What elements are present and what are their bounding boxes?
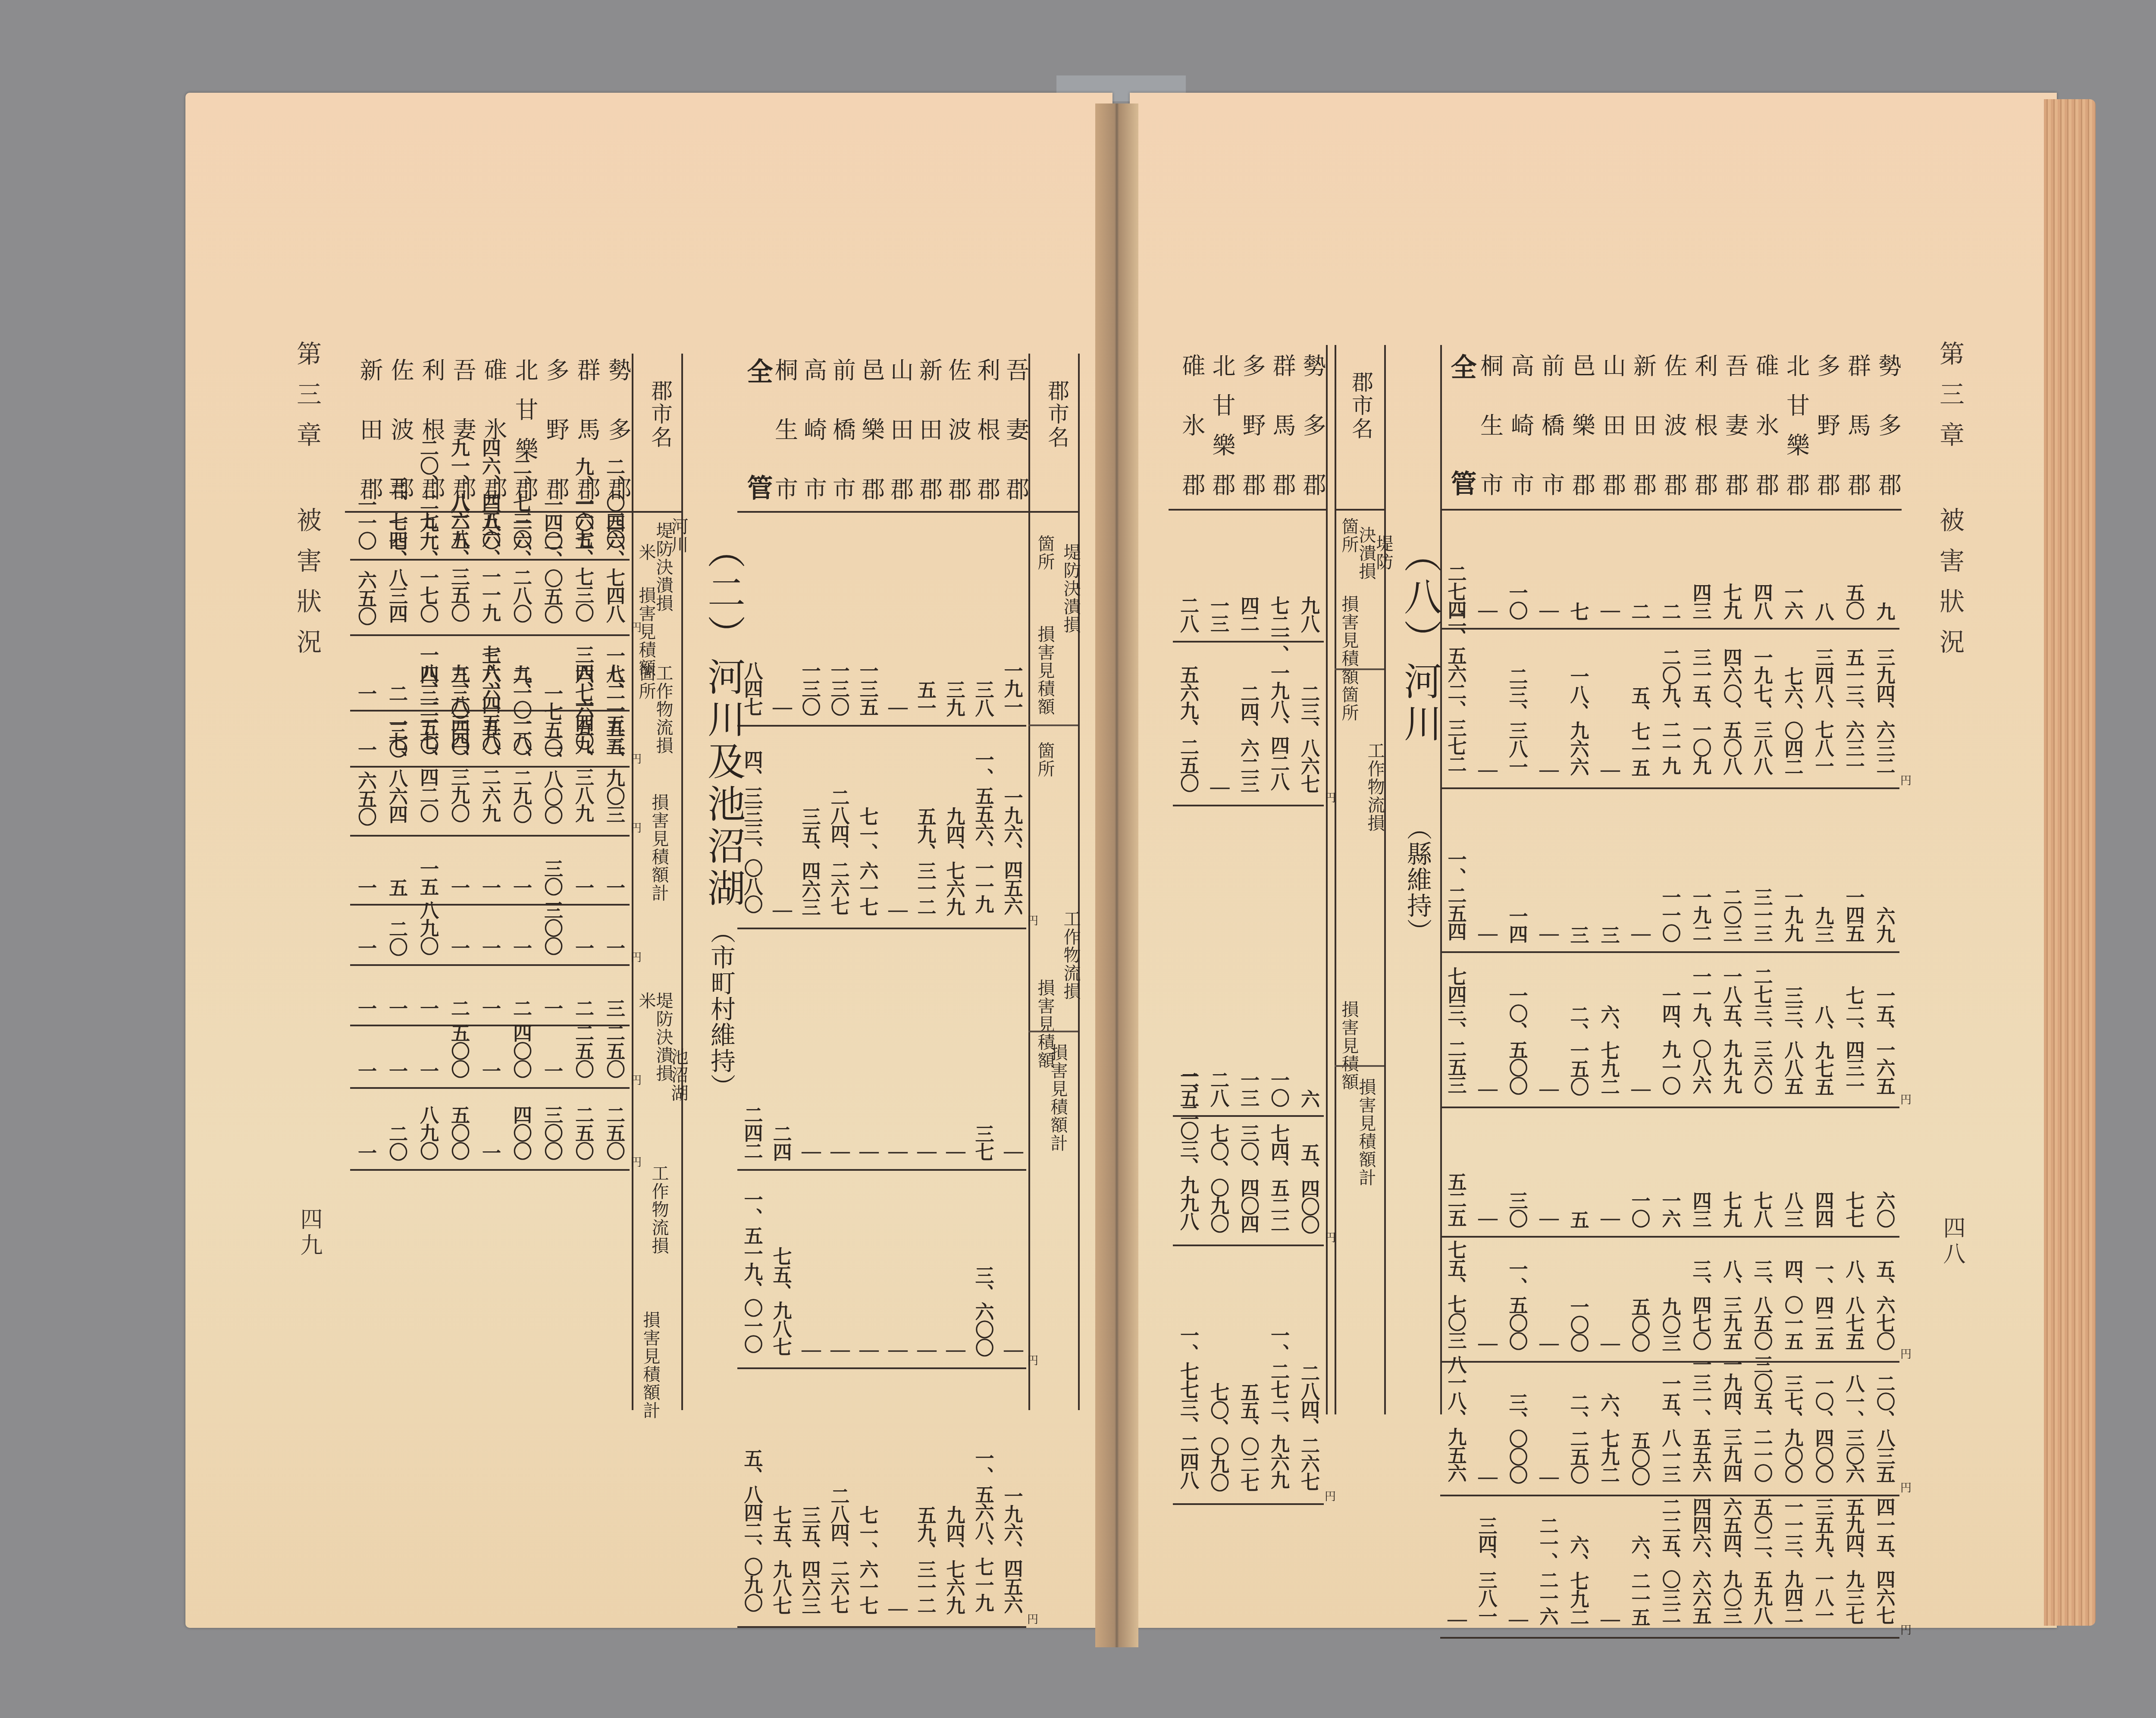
- table-cell: 一: [480, 1061, 499, 1079]
- yen-unit: 円: [1900, 772, 1912, 788]
- table-cell: 一七、八六四: [387, 714, 406, 823]
- table-cell: 一〇五、七三〇: [573, 495, 592, 621]
- table-cell: 一三一、五五六: [1691, 1355, 1710, 1482]
- table-cell: 二、八〇〇: [542, 733, 561, 824]
- table-cell: 二一、二一六: [1538, 1516, 1557, 1625]
- table-cell: 一一〇: [1660, 887, 1679, 942]
- table-cell: ｜: [1630, 925, 1648, 944]
- table-cell: 一: [356, 878, 375, 896]
- table-cell: ｜: [915, 1342, 934, 1360]
- table-cell: 二、〇五〇: [542, 533, 561, 623]
- table-cell: 五〇〇: [1630, 1431, 1648, 1485]
- table-cell: 一: [356, 684, 375, 702]
- district-name: 多野郡: [1236, 354, 1269, 496]
- row-rule: [1440, 951, 1899, 953]
- table-cell: 一五、一六五: [1874, 986, 1893, 1094]
- table-cell: 一: [511, 878, 530, 896]
- table-cell: 四〇〇: [511, 1105, 530, 1160]
- table-cell: 一九四、三九四: [1721, 1355, 1740, 1482]
- district-name: 北甘樂郡: [1780, 354, 1813, 496]
- table-cell: ｜: [944, 1143, 963, 1161]
- table-cell: 一: [542, 1061, 561, 1079]
- table-cell: 五九、三一二: [915, 1505, 934, 1614]
- table-cell: ｜: [944, 1342, 963, 1360]
- table-cell: ｜: [1599, 602, 1618, 620]
- district-name: 全管: [740, 358, 777, 500]
- table-cell: 一一〇: [356, 495, 375, 549]
- table-cell: 三五、四六三: [800, 1505, 819, 1614]
- table-cell: 五〇〇: [1630, 1297, 1648, 1351]
- table-cell: 一、五一九、〇一〇: [742, 1190, 761, 1353]
- table-cell: 一: [356, 1143, 375, 1161]
- district-name: 佐波郡: [1658, 354, 1691, 496]
- table-cell: ｜: [1538, 925, 1557, 944]
- row-rule: [1440, 1361, 1899, 1363]
- table-rule: [1440, 345, 1442, 1414]
- table-cell: 三、八五〇: [1752, 1259, 1771, 1350]
- table-cell: ｜: [1476, 762, 1495, 780]
- table-cell: ｜: [771, 699, 790, 717]
- table-cell: 二、一五〇: [1568, 1005, 1587, 1095]
- table-cell: ｜: [1599, 762, 1618, 780]
- table-cell: 三九四、六三二: [1874, 648, 1893, 774]
- table-cell: 一五: [418, 859, 437, 895]
- table-cell: 五: [387, 878, 406, 896]
- table-cell: 一: [480, 999, 499, 1017]
- table-cell: 四一五、四六七: [1874, 1497, 1893, 1624]
- table-cell: 八二五、三五〇: [449, 495, 468, 621]
- district-name: 新田郡: [1627, 354, 1660, 496]
- header-total: 損害見積額計: [1354, 1078, 1379, 1187]
- table-cell: 三: [1568, 925, 1587, 944]
- table-cell: 三〇〇: [542, 900, 561, 955]
- table-cell: 一九九: [1783, 887, 1802, 942]
- table-cell: ｜: [829, 1143, 848, 1161]
- table-cell: 一: [480, 1143, 499, 1161]
- table-cell: 五、六七〇: [1874, 1259, 1893, 1350]
- table-cell: 一〇〇: [1568, 1297, 1587, 1351]
- table-cell: ｜: [1476, 1469, 1495, 1487]
- district-name: 多野郡: [539, 358, 573, 500]
- table-cell: 三一五、一〇九: [1691, 648, 1710, 774]
- running-head-left: 第三章 被害狀況: [289, 341, 325, 669]
- yen-unit: 円: [630, 819, 642, 835]
- table-cell: 七七: [1844, 1191, 1863, 1227]
- table-cell: 八、八七五: [1844, 1259, 1863, 1350]
- table-cell: ｜: [1538, 762, 1557, 780]
- table-cell: 六、二一五: [1630, 1535, 1648, 1626]
- table-cell: 三五、四六三: [800, 807, 819, 915]
- table-cell: ｜: [887, 1143, 906, 1161]
- table-cell: 二三、三八一: [1507, 667, 1526, 775]
- yen-unit: 円: [1325, 1488, 1336, 1504]
- table-rule: [1384, 345, 1386, 1414]
- table-cell: 八一、三〇六: [1844, 1374, 1863, 1483]
- table-cell: 三八: [973, 680, 992, 716]
- table-cell: 一、五六八、七一九: [973, 1448, 992, 1611]
- table-cell: 一: [356, 740, 375, 758]
- table-cell: 一八、九六六: [1568, 667, 1587, 775]
- district-name: 勢多郡: [1296, 354, 1329, 496]
- table-cell: 二八四、二六七: [829, 1486, 848, 1613]
- table-cell: 一四五: [1844, 887, 1863, 942]
- district-name: 前橋市: [1535, 354, 1568, 496]
- table-cell: ｜: [887, 902, 906, 920]
- table-rule: [681, 354, 683, 1410]
- table-cell: 一、五〇〇: [1507, 1259, 1526, 1350]
- table-cell: 五三、九〇三: [604, 714, 623, 823]
- row-rule: [1173, 641, 1324, 643]
- table-cell: 四八: [1752, 583, 1771, 619]
- table-cell: 二、二五〇: [1568, 1393, 1587, 1483]
- table-cell: 二七三、三六〇: [1752, 967, 1771, 1094]
- table-cell: ｜: [1507, 1611, 1526, 1629]
- table-cell: 六: [1299, 1089, 1318, 1107]
- table-rule: [1335, 345, 1336, 1414]
- table-cell: 五一三、六三一: [1844, 648, 1863, 774]
- district-name: 多野郡: [1811, 354, 1844, 496]
- row-rule: [737, 1169, 1026, 1171]
- table-cell: 三、〇〇〇: [1507, 1393, 1526, 1483]
- table-cell: 三〇: [542, 859, 561, 895]
- table-cell: ｜: [1476, 602, 1495, 620]
- table-cell: 一三〇: [800, 661, 819, 715]
- table-cell: 一、一九八、四二八: [1269, 627, 1288, 790]
- table-cell: 九四、七六九: [944, 807, 963, 915]
- district-name: 邑樂郡: [1566, 354, 1599, 496]
- table-cell: ｜: [771, 902, 790, 920]
- table-cell: 七五、九八七: [771, 1247, 790, 1355]
- table-cell: 五九、三一二: [915, 807, 934, 915]
- yen-unit: 円: [630, 1154, 642, 1169]
- table-cell: 一〇、五〇〇: [1507, 986, 1526, 1094]
- table-cell: 三: [604, 999, 623, 1017]
- table-cell: ｜: [800, 1342, 819, 1360]
- table-cell: 一九七、三八八: [1752, 648, 1771, 774]
- row-rule: [1440, 1495, 1899, 1496]
- table-cell: 二五〇: [573, 1023, 592, 1078]
- table-cell: ｜: [1446, 1611, 1465, 1629]
- district-name: 吾妻郡: [1000, 358, 1033, 500]
- table-cell: 五、八四二、〇九〇: [742, 1448, 761, 1611]
- page-number-left: 四九: [293, 1207, 326, 1259]
- yen-unit: 円: [1027, 912, 1038, 928]
- table-cell: 七一、六一七: [858, 807, 877, 915]
- table-cell: 二〇九、二一九: [1660, 648, 1679, 774]
- table-cell: 五〇〇: [449, 1023, 468, 1078]
- header-total-pond: 損害見積額計: [638, 1311, 663, 1420]
- table-cell: 五五、〇二七: [1238, 1383, 1257, 1491]
- district-name: 群馬郡: [1266, 354, 1299, 496]
- table-rule: [737, 511, 1028, 513]
- header-count-river: 箇所: [634, 664, 658, 700]
- table-cell: ｜: [1476, 925, 1495, 944]
- yen-unit: 円: [1027, 1352, 1038, 1368]
- table-cell: 八、九七五: [1813, 1005, 1832, 1095]
- table-cell: 三四、三八一: [1476, 1516, 1495, 1625]
- table-cell: 一: [449, 938, 468, 956]
- table-cell: 一: [387, 1061, 406, 1079]
- table-cell: 一四、九一〇: [1660, 986, 1679, 1094]
- table-cell: 四三: [1691, 1191, 1710, 1227]
- table-cell: 二五〇: [573, 1105, 592, 1160]
- table-cell: 七六、〇四二: [1783, 667, 1802, 775]
- table-cell: 二八四、二六七: [1299, 1364, 1318, 1490]
- table-cell: 三九: [944, 680, 963, 716]
- table-cell: 五二五: [1446, 1172, 1465, 1226]
- district-name: 北甘樂郡: [1206, 354, 1239, 496]
- header-count-left-2: 箇所: [1033, 742, 1057, 778]
- table-cell: 二: [573, 999, 592, 1017]
- row-rule: [350, 1169, 630, 1171]
- table-cell: 三四八、七八一: [1813, 648, 1832, 774]
- table-cell: ｜: [1476, 1335, 1495, 1353]
- header-count-left: 箇所: [1033, 535, 1057, 571]
- table-cell: ｜: [1538, 1081, 1557, 1099]
- table-cell: 一四: [1507, 906, 1526, 943]
- table-cell: 八三四、三九〇: [449, 695, 468, 822]
- table-cell: ｜: [915, 1143, 934, 1161]
- table-cell: ｜: [858, 1143, 877, 1161]
- district-name: 利根郡: [1688, 354, 1721, 496]
- table-cell: 二: [449, 999, 468, 1017]
- table-cell: 九三: [1813, 906, 1832, 943]
- table-cell: 一九六、四五六: [1002, 1486, 1021, 1613]
- table-cell: 三七: [973, 1124, 992, 1160]
- table-cell: 一六: [1660, 1191, 1679, 1227]
- table-cell: 四四: [1813, 1191, 1832, 1227]
- yen-unit: 円: [1900, 1479, 1912, 1495]
- table-cell: 一: [449, 878, 468, 896]
- table-cell: 一: [418, 999, 437, 1017]
- table-cell: 三: [1599, 925, 1618, 944]
- table-rule: [1028, 1031, 1078, 1032]
- table-cell: ｜: [858, 1342, 877, 1360]
- table-cell: 三、六〇〇: [973, 1266, 992, 1356]
- table-cell: 八三: [1783, 1191, 1802, 1227]
- section-title-right: （八）河川: [1393, 535, 1447, 746]
- district-name: 利根郡: [971, 358, 1004, 500]
- table-rule: [1028, 724, 1078, 726]
- yen-unit: 円: [1325, 1229, 1336, 1245]
- district-name: 吾妻郡: [1719, 354, 1752, 496]
- table-cell: 二八: [1178, 596, 1197, 632]
- table-cell: 五、四〇〇: [1299, 1143, 1318, 1233]
- table-cell: 六五〇: [356, 571, 375, 625]
- table-cell: 七九: [1721, 583, 1740, 619]
- section-title-left: （二）河川及池沼湖: [696, 530, 751, 911]
- table-cell: 一: [542, 999, 561, 1017]
- table-cell: 一、二七二、九六九: [1269, 1326, 1288, 1489]
- table-cell: 二: [1630, 602, 1648, 620]
- yen-unit: 円: [630, 619, 642, 635]
- table-cell: 一、四二五: [1813, 1259, 1832, 1350]
- section-subtitle-left: （市町村維持）: [703, 919, 739, 1100]
- table-cell: 二四: [771, 1124, 790, 1160]
- table-cell: 三一三: [1752, 887, 1771, 942]
- table-cell: ｜: [1599, 1611, 1618, 1629]
- row-rule: [1440, 1107, 1899, 1108]
- yen-unit: 円: [630, 1072, 642, 1088]
- row-rule: [1440, 628, 1899, 630]
- table-cell: 九八: [1299, 596, 1318, 632]
- table-cell: 四六、七四八: [604, 514, 623, 622]
- table-cell: 一九一: [1002, 661, 1021, 715]
- table-cell: 一三: [1208, 596, 1227, 632]
- header-structures-pond: 工作物流損: [647, 1164, 671, 1255]
- header-structures-left: 工作物流損: [1059, 910, 1083, 1000]
- table-cell: 三五九、一八一: [1813, 1497, 1832, 1624]
- table-cell: 一九二: [1691, 887, 1710, 942]
- header-count-2: 箇所: [1337, 686, 1361, 722]
- table-cell: 五: [1568, 1210, 1587, 1228]
- table-cell: 一〇: [1507, 583, 1526, 619]
- table-cell: 七五、七〇三: [1446, 1240, 1465, 1349]
- row-rule: [1440, 1637, 1899, 1639]
- table-cell: 六、七九二: [1599, 1393, 1618, 1483]
- header-meters-river: 米: [634, 543, 658, 561]
- yen-unit: 円: [1900, 1345, 1912, 1361]
- table-cell: 六五〇: [356, 771, 375, 825]
- table-cell: 三七、九〇〇: [1783, 1374, 1802, 1483]
- district-name: 勢多郡: [1872, 354, 1905, 496]
- table-cell: ｜: [1002, 1342, 1021, 1360]
- table-cell: 七四、五二二: [1269, 1124, 1288, 1232]
- table-cell: 一: [480, 938, 499, 956]
- table-cell: 一: [604, 878, 623, 896]
- table-cell: 六、七九二: [1599, 1005, 1618, 1095]
- table-cell: 六〇: [1874, 1191, 1893, 1227]
- header-loss-estimate: 損害見積額: [1337, 595, 1361, 686]
- table-cell: 一: [511, 938, 530, 956]
- yen-unit: 円: [1900, 1091, 1912, 1107]
- table-cell: 七二、四三一: [1844, 986, 1863, 1094]
- table-cell: 一〇: [1269, 1070, 1288, 1107]
- table-cell: 二五〇: [604, 1023, 623, 1078]
- header-total-river: 損害見積額計: [647, 793, 671, 902]
- table-cell: 一: [356, 938, 375, 956]
- yen-unit: 円: [630, 949, 642, 965]
- table-cell: 一三五: [858, 661, 877, 715]
- table-cell: 四四六、六六五: [1691, 1497, 1710, 1624]
- table-cell: 一、七七三、二四八: [1178, 1326, 1197, 1489]
- header-name-col-left-main: 郡市名: [645, 379, 676, 500]
- table-rule: [1335, 509, 1384, 511]
- table-cell: 三〇、四〇四: [1238, 1124, 1257, 1232]
- table-cell: 一〇、四〇〇: [1813, 1374, 1832, 1483]
- table-cell: 一: [480, 878, 499, 896]
- table-cell: 六、七九二: [1568, 1535, 1587, 1626]
- table-cell: 四〇〇: [511, 1023, 530, 1078]
- row-rule: [350, 634, 630, 636]
- table-cell: 三、四七〇: [1691, 1259, 1710, 1350]
- table-cell: 一三〇: [829, 661, 848, 715]
- district-name: 高崎市: [1504, 354, 1538, 496]
- table-cell: 一五、八一三: [1660, 1374, 1679, 1483]
- yen-unit: 円: [630, 750, 642, 766]
- yen-unit: 円: [1325, 789, 1336, 805]
- table-cell: 一三: [1238, 1070, 1257, 1107]
- table-rule: [1169, 509, 1326, 511]
- table-rule: [1028, 511, 1078, 513]
- table-cell: 五九四、九三七: [1844, 1497, 1863, 1624]
- table-cell: 一、二五四: [1446, 850, 1465, 940]
- table-cell: 二〇: [387, 919, 406, 956]
- table-cell: ｜: [1476, 1210, 1495, 1228]
- table-cell: 一一三、九四二: [1783, 1497, 1802, 1624]
- table-cell: 二八: [1208, 1070, 1227, 1107]
- table-cell: 三〇: [1507, 1191, 1526, 1227]
- table-cell: 二〇、八三五: [1874, 1374, 1893, 1483]
- table-cell: 六九: [1874, 906, 1893, 943]
- table-cell: ｜: [1538, 1210, 1557, 1228]
- table-cell: 三〇〇: [542, 1105, 561, 1160]
- table-cell: ｜: [1599, 1335, 1618, 1353]
- table-cell: 九四、七六九: [944, 1505, 963, 1614]
- district-name: 新田郡: [913, 358, 946, 500]
- district-name: 碓氷郡: [1175, 354, 1209, 496]
- table-cell: 八九〇: [418, 900, 437, 955]
- table-cell: 二: [511, 999, 530, 1017]
- district-name: 碓氷郡: [1749, 354, 1783, 496]
- header-loss-left: 損害見積額: [1033, 625, 1057, 716]
- table-rule: [1335, 1065, 1384, 1067]
- table-cell: 一: [604, 938, 623, 956]
- table-cell: 一、五五六、一一九: [973, 750, 992, 913]
- table-cell: 一: [573, 938, 592, 956]
- table-cell: 九〇三: [1660, 1297, 1679, 1351]
- district-name: 群馬郡: [1841, 354, 1874, 496]
- table-cell: 五、七一五: [1630, 686, 1648, 776]
- table-cell: ｜: [1538, 1469, 1557, 1487]
- table-cell: 二五〇: [604, 1105, 623, 1160]
- table-cell: 一: [418, 1061, 437, 1079]
- table-cell: 七四三、二五三: [1446, 967, 1465, 1094]
- table-cell: 三〇五、二一〇: [1752, 1355, 1771, 1482]
- table-cell: 二: [1660, 602, 1679, 620]
- table-cell: 一六: [1783, 583, 1802, 619]
- table-cell: 一、二〇三、九九八: [1178, 1067, 1197, 1230]
- row-rule: [1173, 805, 1324, 806]
- table-cell: ｜: [887, 1600, 906, 1618]
- table-cell: 一〇: [1630, 1191, 1648, 1227]
- table-cell: 四、〇一五: [1783, 1259, 1802, 1350]
- table-cell: 二〇: [387, 1124, 406, 1160]
- table-cell: 一六、二八〇: [511, 514, 530, 622]
- row-rule: [737, 1367, 1026, 1369]
- district-name: 山田郡: [1596, 354, 1630, 496]
- table-cell: 七九: [1721, 1191, 1740, 1227]
- table-cell: 一一九、〇八六: [1691, 967, 1710, 1094]
- district-name: 新田郡: [353, 358, 386, 500]
- table-cell: ｜: [887, 699, 906, 717]
- table-cell: 七五、九八七: [771, 1505, 790, 1614]
- table-cell: 二三、八六七: [1299, 684, 1318, 793]
- table-cell: 五〇二、五九八: [1752, 1497, 1771, 1624]
- table-cell: ｜: [829, 1342, 848, 1360]
- table-cell: 八九〇: [418, 1105, 437, 1160]
- district-name: 高崎市: [797, 358, 830, 500]
- district-name: 全管: [1443, 354, 1480, 496]
- row-rule: [1440, 787, 1899, 789]
- row-rule: [737, 1626, 1026, 1628]
- table-cell: ｜: [1002, 1143, 1021, 1161]
- running-head-right: 第三章 被害狀況: [1932, 341, 1968, 669]
- table-cell: 一一七、四二〇: [418, 695, 437, 822]
- table-cell: ｜: [1630, 1081, 1648, 1099]
- header-embankment-left: 堤防決潰損: [1059, 543, 1083, 634]
- district-name: 佐波郡: [942, 358, 975, 500]
